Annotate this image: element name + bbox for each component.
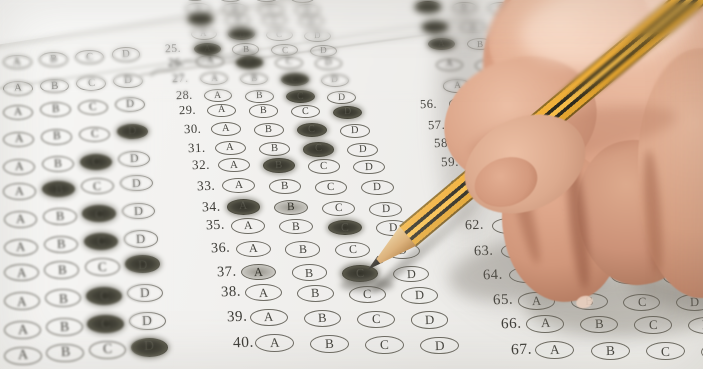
bubble-30-a: A <box>211 122 241 136</box>
bubble-letter: A <box>235 180 243 191</box>
bubble-66-b: B <box>580 316 618 333</box>
bubble-56-b: B <box>491 98 520 111</box>
bubble-40-a: A <box>255 334 294 352</box>
bubble-letter: D <box>415 289 424 302</box>
bubble-letter: A <box>195 4 202 13</box>
bubble-letter: A <box>17 266 27 279</box>
bubble-36-b: B <box>285 241 320 257</box>
bubble-64-d: D <box>663 268 699 285</box>
bubble-26-a: A <box>196 55 223 68</box>
bubble-right-r5-c: C <box>524 80 552 93</box>
question-number-34: 34. <box>201 199 220 216</box>
bubble-letter: D <box>331 75 338 85</box>
bubble-letter: A <box>460 99 467 109</box>
bubble-right-r2-c: C <box>497 22 523 34</box>
bubble-letter: A <box>522 269 531 282</box>
bubble-letter: C <box>614 246 622 258</box>
bubble-letter: D <box>606 139 614 150</box>
bubble-37-b: B <box>292 264 328 281</box>
bubble-29-b: B <box>249 104 278 118</box>
bubble-letter: A <box>15 161 24 173</box>
bubble-letter: A <box>259 286 268 299</box>
bubble-27-c-filled: C <box>281 73 309 86</box>
bubble-letter: D <box>124 75 132 86</box>
bubble-left-r9-a: A <box>4 264 39 282</box>
bubble-letter: D <box>650 222 659 234</box>
bubble-38-a: A <box>245 284 282 301</box>
bubble-letter: A <box>468 120 476 130</box>
bubble-letter: D <box>304 6 311 15</box>
bubble-27-d: D <box>321 74 349 87</box>
bubble-letter: D <box>425 314 435 327</box>
question-number-65: 65. <box>492 292 513 310</box>
bubble-letter: B <box>275 160 283 171</box>
bubble-letter: B <box>292 221 300 233</box>
question-number-35: 35. <box>206 218 225 235</box>
bubble-letter: A <box>218 105 226 115</box>
bubble-37-c-pencil-active: C <box>342 265 378 282</box>
bubble-letter: C <box>363 288 372 301</box>
bubble-36-d: D <box>385 243 420 259</box>
question-number-32: 32. <box>192 157 210 174</box>
bubble-letter: C <box>380 338 389 352</box>
bubble-66-a: A <box>526 315 564 332</box>
bubble-letter: B <box>54 158 62 170</box>
bubble-letter: B <box>536 180 544 191</box>
bubble-letter: B <box>60 346 70 360</box>
question-number-25: 25. <box>165 42 181 56</box>
bubble-letter: D <box>308 16 315 25</box>
bubble-25-c: C <box>271 44 298 56</box>
bubble-right-r4-c: C <box>515 59 543 72</box>
bubble-middle-r1-c: C <box>254 0 279 2</box>
bubble-left-r1-c: C <box>75 50 104 64</box>
bubble-left-r6-c: C <box>81 178 114 194</box>
bubble-letter: D <box>389 222 398 234</box>
bubble-60-b: B <box>524 178 556 193</box>
bubble-left-r9-d-filled: D <box>125 255 160 273</box>
bubble-27-a: A <box>200 72 228 85</box>
bubble-middle-r4-d: D <box>304 30 330 42</box>
bubble-letter: B <box>260 106 267 116</box>
bubble-letter: A <box>474 138 482 149</box>
bubble-letter: B <box>59 320 69 334</box>
bubble-letter: A <box>490 179 498 190</box>
bubble-letter: C <box>101 317 111 331</box>
question-number-66: 66. <box>501 315 522 334</box>
bubble-right-r4-b: B <box>475 59 503 72</box>
bubble-letter: C <box>95 207 104 220</box>
bubble-letter: C <box>315 144 322 155</box>
question-number-56: 56. <box>420 96 438 112</box>
bubble-letter: D <box>616 158 624 169</box>
bubble-letter: D <box>676 270 685 283</box>
bubble-letter: D <box>351 126 359 137</box>
bubble-left-r11-b: B <box>46 318 83 336</box>
bubble-65-d: D <box>676 294 703 311</box>
bubble-letter: A <box>14 134 23 146</box>
bubble-letter: A <box>540 317 550 330</box>
bubble-letter: B <box>55 210 64 223</box>
bubble-right-r2-b: B <box>460 21 486 33</box>
bubble-letter: A <box>550 343 560 357</box>
bubble-left-r8-b: B <box>44 236 78 253</box>
bubble-left-r9-b: B <box>44 261 79 279</box>
bubble-left-r5-a: A <box>3 159 35 175</box>
bubble-37-a-smudge: A <box>241 264 277 281</box>
bubble-left-r4-c: C <box>79 127 110 143</box>
bubble-64-c: C <box>611 268 647 285</box>
bubble-letter: C <box>334 203 342 215</box>
bubble-letter: C <box>535 82 542 92</box>
bubble-40-c: C <box>365 336 404 354</box>
bubble-62-c: C <box>589 219 623 235</box>
bubble-letter: B <box>311 287 320 300</box>
bubble-31-c-filled: C <box>303 142 334 156</box>
bubble-letter: A <box>222 124 230 135</box>
bubble-34-a-filled: A <box>227 199 260 214</box>
bubble-65-b: B <box>571 293 608 310</box>
bubble-left-r12-c: C <box>89 341 127 360</box>
bubble-26-b-filled: B <box>236 56 263 69</box>
bubble-57-d: D <box>585 119 615 133</box>
bubble-left-r6-b-filled: B <box>42 181 75 197</box>
bubble-62-b: B <box>540 219 574 235</box>
bubble-letter: C <box>341 221 349 233</box>
bubble-left-r10-d: D <box>127 284 163 302</box>
bubble-right-r3-c: C <box>505 39 532 51</box>
bubble-letter: A <box>454 81 461 91</box>
bubble-34-d: D <box>369 202 402 217</box>
bubble-29-a: A <box>207 104 236 118</box>
bubble-letter: B <box>265 124 272 135</box>
bubble-letter: C <box>271 16 277 25</box>
bubble-letter: B <box>574 269 583 282</box>
bubble-left-r6-d: D <box>120 175 153 191</box>
bubble-letter: A <box>239 201 248 213</box>
bubble-middle-r4-c: C <box>266 29 292 41</box>
bubble-31-b: B <box>259 142 290 156</box>
bubble-left-r7-c-filled: C <box>82 205 116 222</box>
bubble-right-r2-d: D <box>535 22 561 34</box>
bubble-letter: D <box>596 121 604 131</box>
bubble-right-r1-a-filled: A <box>415 1 440 13</box>
bubble-right-r3-b: B <box>467 38 494 50</box>
bubble-middle-r3-a-filled: A <box>188 13 214 25</box>
bubble-letter: C <box>544 100 551 110</box>
bubble-38-b: B <box>297 285 334 302</box>
bubble-letter: D <box>128 126 137 138</box>
bubble-left-r11-a: A <box>4 321 41 339</box>
bubble-letter: C <box>89 101 97 112</box>
bubble-letter: B <box>251 74 258 84</box>
bubble-letter: C <box>87 78 95 89</box>
bubble-letter: D <box>407 268 416 281</box>
bubble-left-r7-a: A <box>4 211 38 228</box>
bubble-letter: D <box>122 49 130 60</box>
bubble-40-b: B <box>310 335 349 353</box>
bubble-35-b: B <box>279 219 313 235</box>
bubble-25-d: D <box>310 45 337 57</box>
bubble-58-a: A <box>463 136 494 150</box>
bubble-26-d: D <box>315 57 342 70</box>
bubble-letter: C <box>286 58 293 68</box>
question-number-31: 31. <box>188 140 206 156</box>
question-number-67: 67. <box>511 341 533 360</box>
bubble-left-r3-d: D <box>115 97 145 112</box>
bubble-letter: A <box>244 220 253 232</box>
bubble-59-c: C <box>559 156 590 170</box>
bubble-letter: B <box>585 295 594 308</box>
bubble-left-r1-b: B <box>39 52 68 66</box>
bubble-letter: B <box>318 312 327 325</box>
bubble-62-d: D <box>637 220 671 236</box>
bubble-letter: D <box>344 107 352 117</box>
question-number-62: 62. <box>465 218 484 235</box>
bubble-letter: D <box>585 100 592 110</box>
bubble-letter: D <box>314 31 321 40</box>
bubble-letter: A <box>226 143 234 154</box>
bubble-letter: C <box>263 0 269 1</box>
bubble-letter: B <box>299 243 307 255</box>
bubble-letter: B <box>56 238 65 251</box>
question-number-26: 26. <box>168 55 185 71</box>
bubble-34-b-smudge: B <box>274 200 307 215</box>
bubble-left-r12-a: A <box>4 347 42 366</box>
bubble-letter: B <box>243 45 249 54</box>
bubble-letter: A <box>270 336 280 350</box>
bubble-left-r9-c: C <box>85 258 120 276</box>
bubble-57-c: C <box>542 119 572 133</box>
bubble-letter: C <box>102 343 112 357</box>
question-number-37: 37. <box>216 263 236 281</box>
bubble-31-d: D <box>347 143 378 157</box>
question-number-40: 40. <box>233 334 254 353</box>
bubble-letter: C <box>498 3 504 12</box>
question-number-36: 36. <box>211 240 231 258</box>
bubble-left-r2-c: C <box>76 76 106 91</box>
bubble-letter: C <box>637 296 646 309</box>
bubble-66-d: D <box>688 317 703 334</box>
bubble-39-a: A <box>250 309 288 326</box>
question-number-58: 58. <box>434 135 452 151</box>
bubble-67-b: B <box>591 342 630 360</box>
question-number-27: 27. <box>172 71 189 87</box>
bubble-33-b: B <box>269 179 301 194</box>
bubble-letter: B <box>495 81 502 91</box>
bubble-letter: B <box>502 99 509 109</box>
bubble-letter: D <box>338 92 345 102</box>
bubble-35-d: D <box>376 220 410 236</box>
bubble-left-r7-b: B <box>43 208 77 225</box>
question-number-33: 33. <box>196 178 215 195</box>
bubble-letter: C <box>268 5 274 14</box>
bubble-letter: A <box>204 44 211 53</box>
bubble-25-b: B <box>232 43 259 55</box>
bubble-left-r4-a: A <box>3 132 34 148</box>
bubble-right-r5-b: B <box>484 80 512 93</box>
bubble-28-b: B <box>245 90 274 103</box>
bubble-letter: D <box>576 82 583 92</box>
bubble-letter: B <box>256 91 263 101</box>
bubble-left-r3-b: B <box>40 102 70 117</box>
bubble-letter: A <box>18 349 29 363</box>
bubble-letter: D <box>628 181 636 192</box>
bubble-letter: A <box>481 156 489 167</box>
bubble-letter: A <box>16 241 26 254</box>
bubble-58-b: B <box>507 136 538 150</box>
bubble-letter: D <box>132 177 141 189</box>
bubble-39-d: D <box>411 311 449 328</box>
question-number-39: 39. <box>227 309 248 327</box>
bubble-left-r3-a: A <box>3 105 33 120</box>
bubble-letter: C <box>525 61 532 71</box>
bubble-letter: D <box>138 257 148 270</box>
bubble-letter: B <box>594 318 603 331</box>
bubble-letter: A <box>446 60 453 70</box>
bubble-60-a: A <box>478 178 510 193</box>
question-number-63: 63. <box>474 242 494 260</box>
bubble-letter: B <box>238 30 244 39</box>
bubble-letter: B <box>564 245 572 257</box>
bubble-left-r12-d-filled: D <box>131 338 169 357</box>
bubble-33-a: A <box>222 178 254 193</box>
bubble-letter: A <box>14 83 22 94</box>
bubble-28-c-filled: C <box>286 90 315 103</box>
bubble-39-b: B <box>304 310 342 327</box>
bubble-38-c: C <box>349 286 386 303</box>
bubble-letter: C <box>92 156 100 168</box>
bubble-letter: A <box>200 29 207 38</box>
bubble-right-r1-c: C <box>488 2 513 14</box>
bubble-middle-r1-d: D <box>290 0 315 3</box>
bubble-32-d: D <box>353 160 385 175</box>
bubble-67-a: A <box>535 341 574 359</box>
bubble-letter: A <box>438 39 445 48</box>
bubble-left-r2-d: D <box>113 74 143 89</box>
bubble-30-b: B <box>254 123 284 137</box>
bubble-letter: B <box>518 138 525 149</box>
bubble-letter: C <box>661 344 670 358</box>
bubble-letter: C <box>507 23 513 32</box>
bubble-letter: C <box>276 30 282 39</box>
bubble-30-c-filled: C <box>297 123 327 137</box>
bubble-29-c: C <box>291 105 320 119</box>
bubble-letter: B <box>271 144 278 155</box>
bubble-letter: C <box>281 45 287 54</box>
bubble-63-b: B <box>550 243 585 259</box>
answer-sheet-bubble-grid: ABCDABCDABCDABCDABCDABCDABCDABCDABCDABCD… <box>0 0 703 369</box>
bubble-32-a: A <box>218 158 250 173</box>
bubble-letter: C <box>648 318 657 331</box>
bubble-letter: A <box>214 91 221 101</box>
bubble-left-r10-c-filled: C <box>86 287 122 305</box>
bubble-59-d: D <box>604 156 635 170</box>
bubble-left-r11-c-filled: C <box>87 315 124 333</box>
bubble-letter: D <box>144 340 155 354</box>
bubble-letter: A <box>210 73 217 83</box>
question-number-59: 59. <box>441 154 459 171</box>
bubble-right-r3-d: D <box>543 39 570 51</box>
bubble-letter: D <box>126 99 134 110</box>
bubble-letter: D <box>136 232 146 245</box>
bubble-letter: D <box>565 61 572 71</box>
bubble-30-d: D <box>340 124 370 138</box>
bubble-letter: C <box>93 180 101 192</box>
bubble-28-a: A <box>204 89 233 102</box>
bubble-letter: D <box>381 203 390 215</box>
bubble-32-c: C <box>308 159 340 174</box>
bubble-middle-r3-b: B <box>225 14 251 26</box>
question-number-57: 57. <box>427 117 445 133</box>
bubble-letter: A <box>532 295 542 308</box>
bubble-letter: A <box>264 311 274 324</box>
bubble-26-c: C <box>275 57 302 70</box>
bubble-letter: A <box>197 15 204 24</box>
bubble-letter: C <box>327 182 335 193</box>
bubble-35-a: A <box>231 218 265 234</box>
bubble-letter: C <box>90 128 98 140</box>
bubble-left-r5-d: D <box>118 151 150 167</box>
bubble-left-r10-b: B <box>45 289 81 307</box>
bubble-left-r8-c-filled: C <box>84 233 118 250</box>
bubble-63-c: C <box>600 244 635 260</box>
bubble-letter: D <box>134 205 143 218</box>
bubble-37-d: D <box>393 266 429 283</box>
bubble-letter: C <box>302 106 309 116</box>
bubble-letter: C <box>562 139 569 150</box>
bubble-letter: D <box>690 296 700 309</box>
bubble-letter: B <box>325 337 334 351</box>
bubble-letter: B <box>58 292 67 306</box>
bubble-right-r5-a: A <box>443 79 471 92</box>
bubble-letter: A <box>254 266 263 279</box>
bubble-left-r2-b: B <box>40 79 70 94</box>
bubble-right-r3-a-filled: A <box>428 38 455 50</box>
question-number-60: 60. <box>450 177 469 194</box>
bubble-letter: D <box>299 0 305 1</box>
bubble-63-d: D <box>650 244 685 260</box>
bubble-left-r4-d-filled: D <box>117 124 148 140</box>
bubble-letter: C <box>625 270 634 283</box>
bubble-letter: B <box>605 344 614 358</box>
bubble-letter: A <box>207 57 214 67</box>
bubble-middle-r1-b: B <box>218 0 243 2</box>
bubble-letter: A <box>16 213 25 226</box>
bubble-60-c: C <box>570 179 602 194</box>
bubble-middle-r3-c: C <box>262 14 288 26</box>
bubble-letter: C <box>98 260 107 273</box>
bubble-letter: C <box>99 289 108 303</box>
bubble-middle-r4-b-filled: B <box>228 28 254 40</box>
bubble-left-r7-d: D <box>122 203 156 220</box>
bubble-letter: D <box>140 286 150 300</box>
bubble-40-d: D <box>420 337 459 355</box>
bubble-letter: A <box>432 22 439 31</box>
bubble-letter: D <box>663 246 672 258</box>
bubble-67-c: C <box>646 342 685 360</box>
bubble-63-a: A <box>501 243 536 259</box>
bubble-letter: A <box>514 245 523 257</box>
bubble-letter: A <box>505 220 514 232</box>
bubble-letter: D <box>359 145 367 156</box>
bubble-right-r4-d: D <box>554 60 582 73</box>
bubble-letter: A <box>17 323 27 337</box>
bubble-letter: A <box>14 107 22 118</box>
bubble-letter: D <box>553 40 560 49</box>
bubble-64-a: A <box>509 267 545 284</box>
bubble-left-r10-a: A <box>4 292 40 310</box>
